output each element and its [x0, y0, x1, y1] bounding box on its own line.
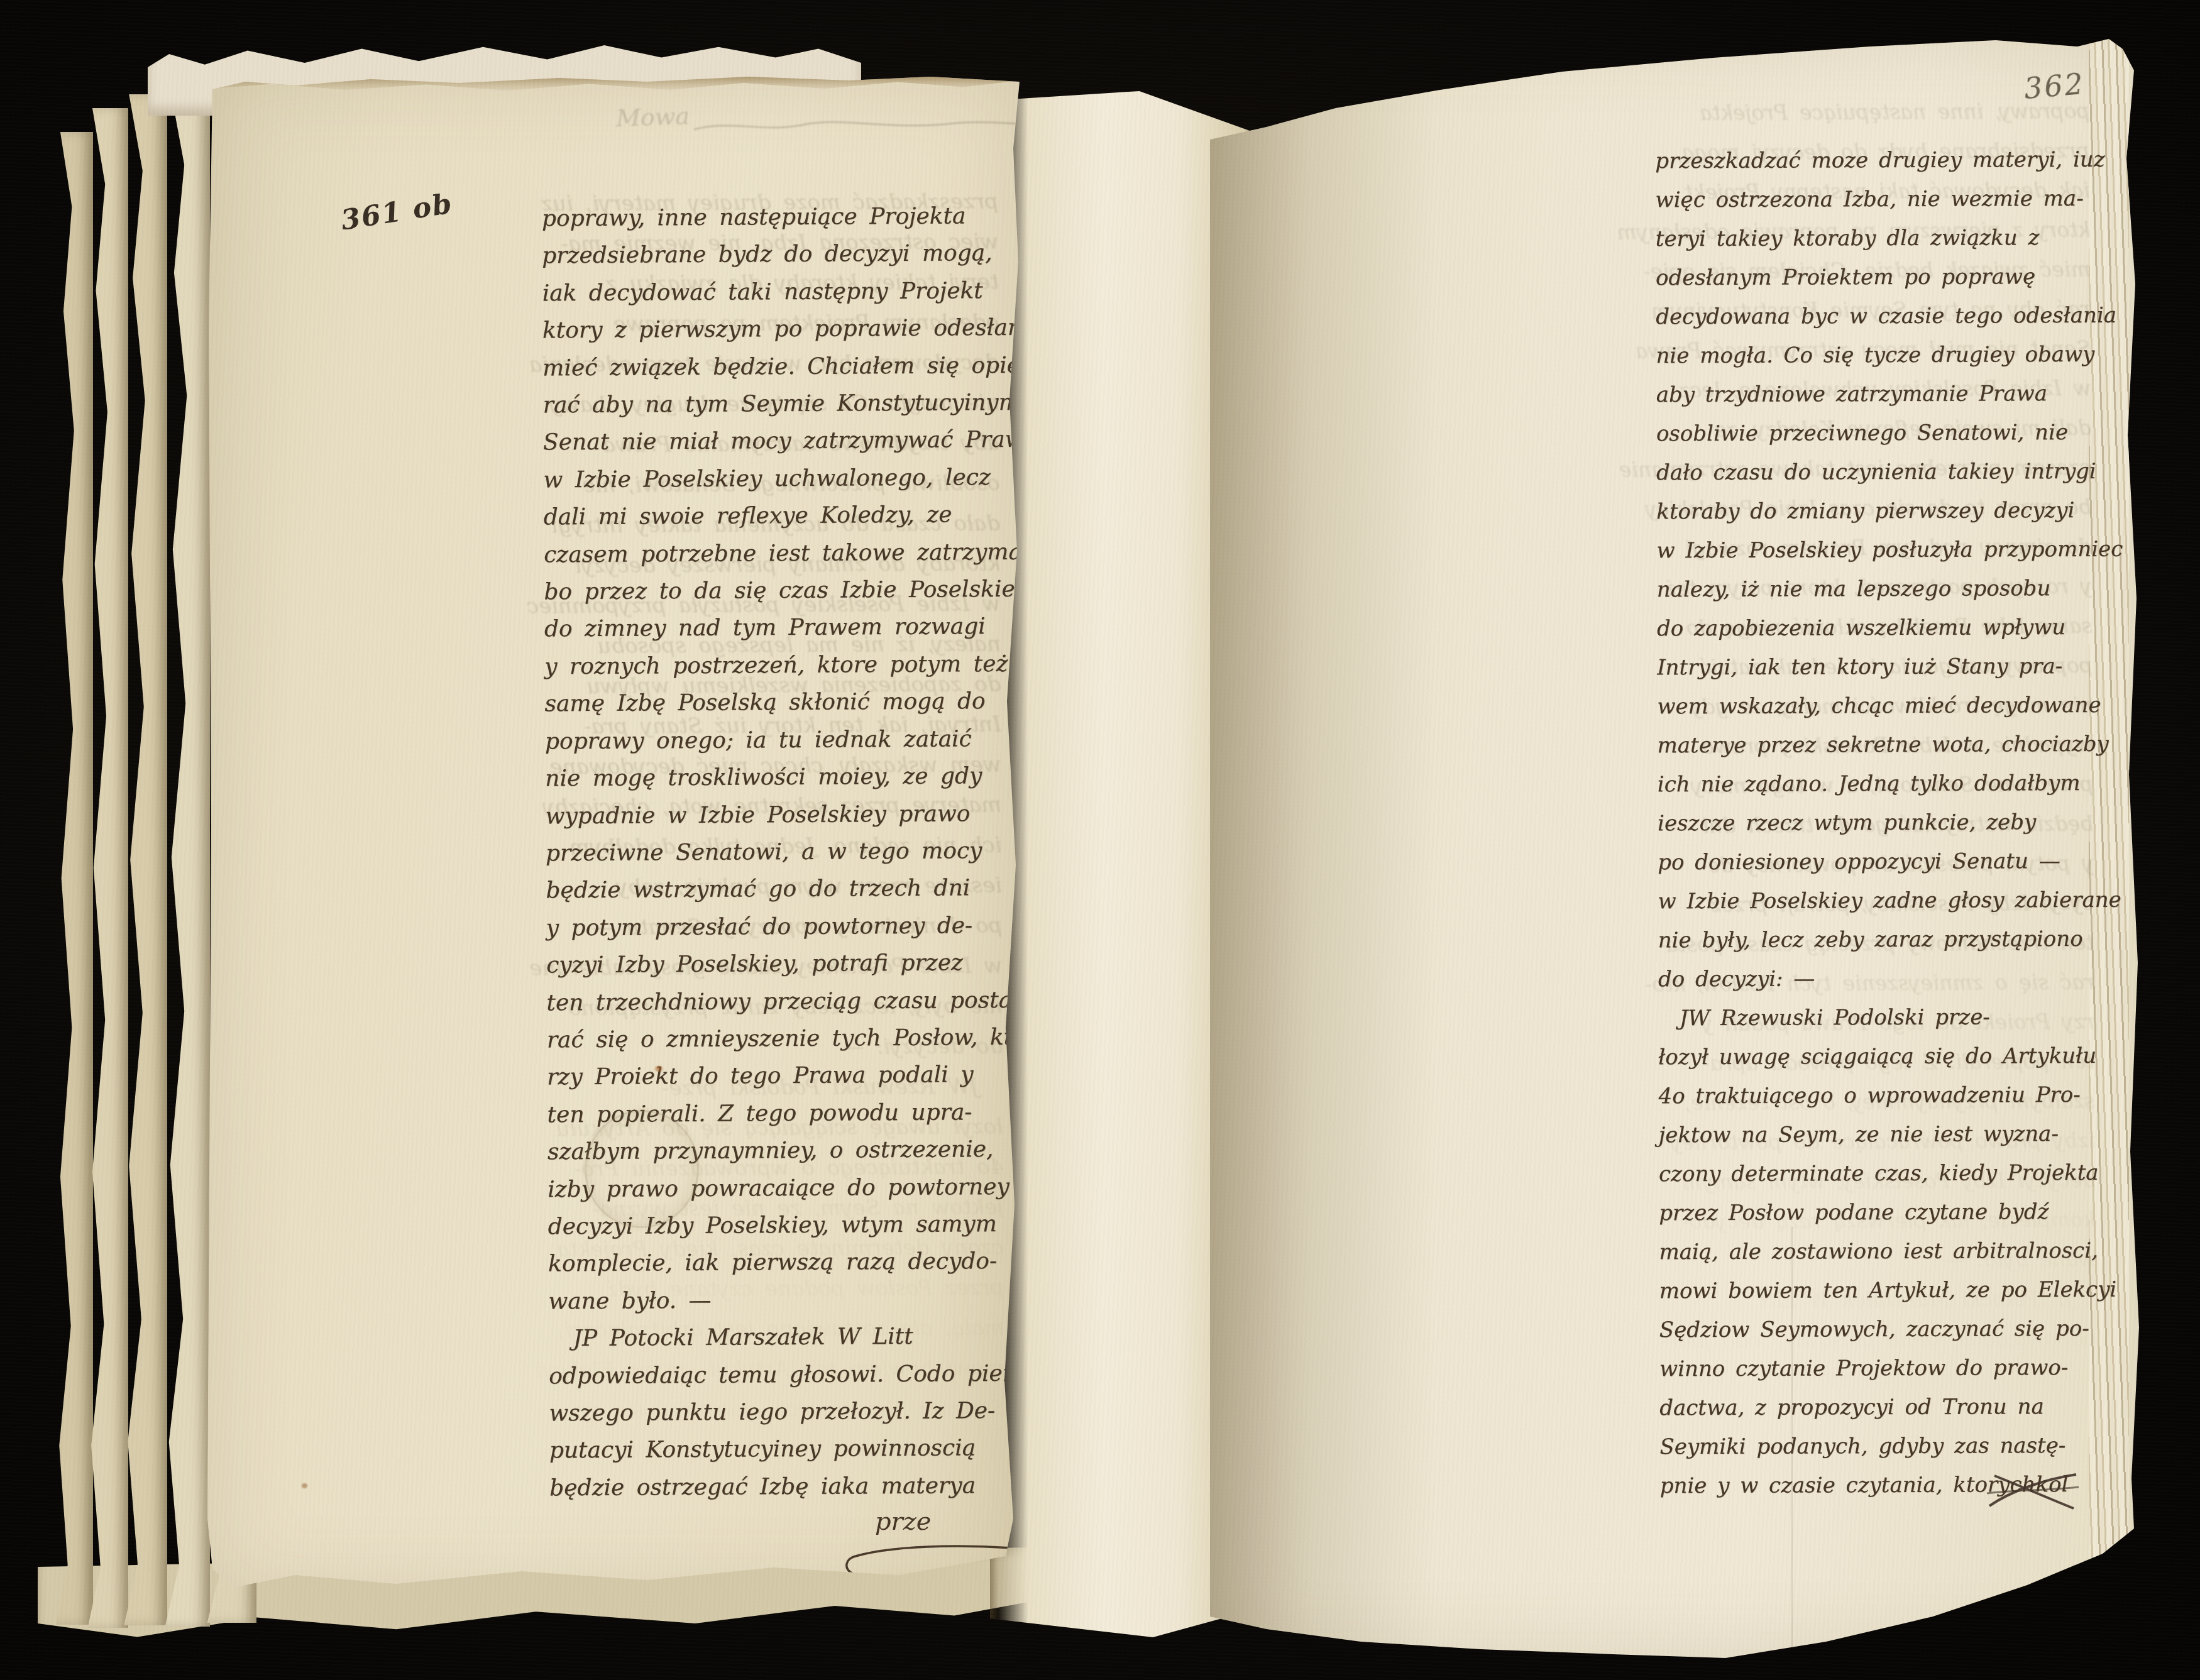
manuscript-text-line: Senat nie miał mocy zatrzymywać Prawa [543, 421, 1040, 461]
manuscript-text-line: ktory z pierwszym po poprawie odesłanym [542, 309, 1039, 349]
manuscript-text-line: putacyi Konstytucyiney powinnoscią [549, 1429, 1046, 1469]
left-page: przeszkadzać moze drugiey materyi, iuzwi… [207, 73, 1020, 1596]
manuscript-text-line: poprawy, inne następuiące Projekta [542, 197, 1038, 238]
manuscript-text-line: odesłanym Proiektem po poprawę [1656, 257, 2127, 298]
manuscript-text-line: przeciwne Senatowi, a w tego mocy [546, 832, 1042, 872]
manuscript-text-line: czony determinate czas, kiedy Projekta [1659, 1153, 2130, 1194]
foxing-spot [655, 1066, 663, 1072]
manuscript-text-line: winno czytanie Projektow do prawo- [1659, 1348, 2131, 1389]
manuscript-text-line: rać aby na tym Seymie Konstytucyinym [542, 384, 1039, 424]
page-edge-stack-left [40, 132, 93, 1625]
photographed-manuscript-spread: poprawy, inne następuiące Projektaprzeds… [0, 0, 2200, 1680]
manuscript-text-line: po doniesioney oppozycyi Senatu — [1658, 842, 2129, 882]
manuscript-text-line: Intrygi, iak ten ktory iuż Stany pra- [1657, 647, 2128, 688]
manuscript-text-line: JW Rzewuski Podolski prze- [1658, 997, 2130, 1038]
manuscript-text-line: mieć związek będzie. Chciałem się opie- [542, 346, 1039, 387]
manuscript-text-line: przeszkadzać moze drugiey materyi, iuz [1655, 140, 2126, 181]
manuscript-text-line: czasem potrzebne iest takowe zatrzymanie [544, 533, 1040, 573]
manuscript-text-line: będzie ostrzegać Izbę iaka materya [549, 1466, 1046, 1507]
paper-crease [1791, 1227, 1793, 1661]
manuscript-text-line: ktoraby do zmiany pierwszey decyzyi [1656, 491, 2128, 532]
manuscript-text-line: mowi bowiem ten Artykuł, ze po Elekcyi [1659, 1270, 2130, 1311]
manuscript-text-line: nalezy, iż nie ma lepszego sposobu [1657, 569, 2128, 610]
manuscript-text-line: dali mi swoie reflexye Koledzy, ze [544, 496, 1040, 536]
manuscript-text-line: w Izbie Poselskiey zadne głosy zabierane [1658, 881, 2129, 921]
manuscript-text-line: do zapobiezenia wszelkiemu wpływu [1657, 608, 2128, 649]
manuscript-text-line: decydowana byc w czasie tego odesłania [1656, 296, 2127, 337]
faint-inscription: Mowa [615, 102, 690, 132]
manuscript-text-line: dało czasu do uczynienia takiey intrygi [1656, 452, 2128, 493]
manuscript-text-line: będzie wstrzymać go do trzech dni [546, 869, 1042, 909]
manuscript-text-line: JP Potocki Marszałek W Litt [549, 1317, 1045, 1358]
manuscript-text-line: ten trzechdniowy przeciąg czasu posta- [546, 981, 1043, 1021]
manuscript-text-line: wem wskazały, chcąc mieć decydowane [1657, 686, 2128, 727]
manuscript-text-line: wszego punktu iego przełozył. Iz De- [549, 1392, 1045, 1432]
manuscript-text-line: łozył uwagę sciągaiącą się do Artykułu [1658, 1036, 2130, 1077]
manuscript-text-line: teryi takiey ktoraby dla związku z [1656, 218, 2127, 259]
manuscript-text-line: ich nie ządano. Jedną tylko dodałbym [1658, 764, 2129, 804]
manuscript-text-line: w Izbie Poselskiey posłuzyła przypomniec [1656, 530, 2128, 571]
manuscript-text-line: ieszcze rzecz wtym punkcie, zeby [1658, 803, 2129, 843]
manuscript-text-line: maią, ale zostawiono iest arbitralnosci, [1659, 1231, 2130, 1272]
page-text: przeszkadzać moze drugiey materyi, iuzwi… [1655, 140, 2131, 1506]
manuscript-text-line: wypadnie w Izbie Poselskiey prawo [545, 794, 1042, 835]
manuscript-text-line: iak decydować taki następny Projekt [542, 272, 1038, 312]
folio-number: 362 [2023, 67, 2086, 106]
manuscript-text-line: cyzyi Izby Poselskiey, potrafi przez [546, 944, 1043, 984]
strikethrough-mark [1984, 1471, 2085, 1517]
manuscript-text-line: więc ostrzezona Izba, nie wezmie ma- [1655, 179, 2126, 220]
manuscript-text-line: osobliwie przeciwnego Senatowi, nie [1656, 413, 2128, 454]
manuscript-text-line: komplecie, iak pierwszą razą decydo- [548, 1243, 1045, 1283]
manuscript-text-line: Sędziow Seymowych, zaczynać się po- [1659, 1309, 2131, 1350]
manuscript-text-line: rzy Proiekt do tego Prawa podali y [547, 1056, 1043, 1096]
foxing-spot [302, 1483, 307, 1488]
manuscript-text-line: Seymiki podanych, gdyby zas nastę- [1659, 1426, 2131, 1467]
manuscript-text-line: bo przez to da się czas Izbie Poselskiey [544, 571, 1040, 611]
manuscript-text-line: jektow na Seym, ze nie iest wyzna- [1659, 1114, 2130, 1155]
manuscript-text-line: dactwa, z propozycyi od Tronu na [1659, 1387, 2131, 1428]
manuscript-text-line: nie mogę troskliwości moiey, ze gdy [545, 757, 1042, 798]
manuscript-text-line: nie mogła. Co się tycze drugiey obawy [1656, 335, 2127, 376]
right-page: poprawy, inne następuiące Projektaprzeds… [1210, 33, 2165, 1662]
manuscript-text-line: do decyzyi: — [1658, 958, 2130, 999]
manuscript-text-line: y roznych postrzezeń, ktore potym też [544, 645, 1041, 685]
manuscript-text-line: nie były, lecz zeby zaraz przystąpiono [1658, 920, 2130, 960]
catchword: prze [875, 1507, 931, 1536]
manuscript-text-line: poprawy onego; ia tu iednak zataić [545, 720, 1042, 760]
manuscript-text-line: rać się o zmnieyszenie tych Posłow, kto- [547, 1019, 1043, 1059]
manuscript-text-line: materye przez sekretne wota, chociazby [1657, 725, 2128, 766]
manuscript-text-line: wane było. — [548, 1280, 1045, 1320]
manuscript-text-line: do zimney nad tym Prawem rozwagi [544, 608, 1041, 648]
manuscript-text-line: y potym przesłać do powtorney de- [546, 906, 1043, 947]
manuscript-text-line: odpowiedaiąc temu głosowi. Codo pier- [549, 1354, 1045, 1395]
manuscript-text-line: aby trzydniowe zatrzymanie Prawa [1656, 374, 2128, 415]
manuscript-text-line: przez Posłow podane czytane bydź [1659, 1192, 2130, 1233]
manuscript-text-line: poprawy, inne następuiące Projekta [1357, 91, 2089, 135]
page-text: poprawy, inne następuiące Projektaprzeds… [542, 197, 1047, 1507]
faint-inscription-flourish [691, 112, 1043, 140]
manuscript-text-line: 4o traktuiącego o wprowadzeniu Pro- [1658, 1075, 2130, 1116]
manuscript-text-line: przedsiebrane bydz do decyzyi mogą, [542, 234, 1038, 275]
manuscript-text-line: w Izbie Poselskiey uchwalonego, lecz [543, 458, 1040, 498]
manuscript-text-line: samę Izbę Poselską skłonić mogą do [544, 683, 1041, 723]
